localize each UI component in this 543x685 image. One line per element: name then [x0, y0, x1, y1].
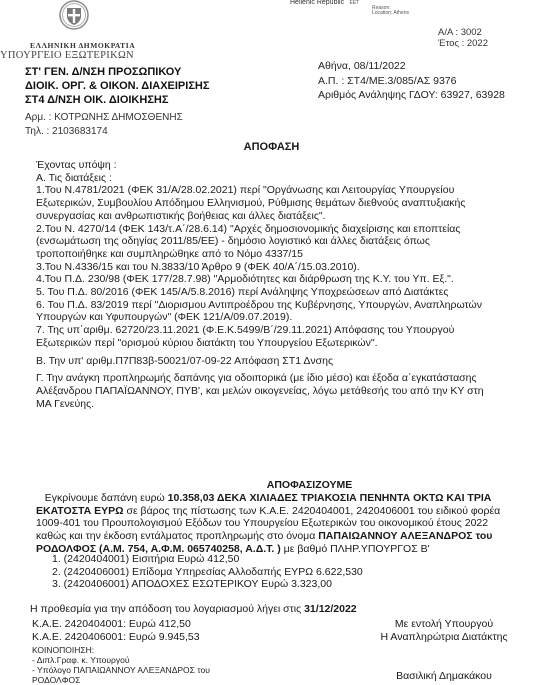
deadline-label: Η προθεσμία για την απόδοση του λογαριασ… [30, 603, 304, 615]
cc-line: - Υπόλογο ΠΑΠΑΙΩΑΝΝΟΥ ΑΛΕΞΑΝΔΡΟΣ του [32, 665, 210, 675]
considering-line: (ενσωμάτωση της οδηγίας 2011/85/ΕΕ) - δη… [36, 235, 543, 248]
expense-item: 3. (2420406001) ΑΠΟΔΟΧΕΣ ΕΣΩΤΕΡΙΚΟΥ Ευρώ… [52, 578, 363, 591]
decision-title: ΑΠΟΦΑΣΙΖΟΥΜΕ [0, 479, 543, 491]
republic-label: ΕΛΛΗΝΙΚΗ ΔΗΜΟΚΡΑΤΙΑ [30, 41, 135, 50]
considering-line: 1.Του Ν.4781/2021 (ΦΕΚ 31/Α/28.02.2021) … [36, 184, 543, 197]
considering-line: 6. Του Π.Δ. 83/2019 περί "Διορισμου Αντι… [36, 299, 543, 312]
considering-line: 7. Της υπ΄αριθμ. 62720/23.11.2021 (Φ.Ε.Κ… [36, 324, 543, 337]
considering-section: Έχοντας υπόψη : Α. Τις διατάξεις : 1.Του… [36, 159, 543, 410]
decision-line-3: 1009-401 του Προυπολογισμού Εξόδων του Υ… [36, 517, 500, 530]
kae-total: Κ.Α.Ε. 2420406001: Ευρώ 9.945,53 [32, 631, 200, 643]
kae-total: Κ.Α.Ε. 2420404001: Ευρώ 412,50 [32, 618, 191, 630]
considering-line: 2.Του Ν. 4270/14 (ΦΕΚ 143/τ.Α΄/28.6.14) … [36, 223, 543, 236]
point-c-line: Γ. Την ανάγκη προπληρωμής δαπάνης για οδ… [36, 372, 543, 385]
deadline-line: Η προθεσμία για την απόδοση του λογαριασ… [30, 603, 357, 615]
considering-line: 3.Του Ν.4336/15 και του Ν.3833/10 Άρθρο … [36, 261, 543, 274]
signature-role: Η Αναπληρώτρια Διατάκτης [374, 631, 514, 643]
deadline-date: 31/12/2022 [304, 603, 357, 615]
considering-line: Α. Τις διατάξεις : [36, 172, 543, 185]
department-line-1: ΣΤ' ΓΕΝ. Δ/ΝΣΗ ΠΡΟΣΩΠΙΚΟΥ [25, 66, 181, 78]
cc-title: ΚΟΙΝΟΠΟΙΗΣΗ: [32, 645, 210, 655]
cc-line: ΡΟΔΟΛΦΟΣ [32, 675, 210, 685]
document-title: ΑΠΟΦΑΣΗ [0, 141, 543, 153]
department-line-2: ΔΙΟΙΚ. ΟΡΓ. & ΟΙΚΟΝ. ΔΙΑΧΕΙΡΙΣΗΣ [25, 80, 209, 92]
considering-line: Εξωτερικών, Συμβουλίου Απόδημου Ελληνισμ… [36, 197, 543, 210]
document-date: Αθήνα, 08/11/2022 [318, 60, 406, 72]
decision-amount: 10.358,03 ΔΕΚΑ ΧΙΛΙΑΔΕΣ ΤΡΙΑΚΟΣΙΑ ΠΕΝΗΝΤ… [168, 492, 492, 504]
considering-line: συνεργασίας και ανθρωπιστικής βοήθειας κ… [36, 210, 543, 223]
decision-body: Εγκρίνουμε δαπάνη ευρώ 10.358,03 ΔΕΚΑ ΧΙ… [36, 492, 500, 556]
considering-line: τροποποιήθηκε και συμπληρώθηκε από το Νό… [36, 248, 543, 261]
considering-line: Υπουργών και Υφυπουργών" (ΦΕΚ 121/Α/09.0… [36, 311, 543, 324]
signatory-name: Βασιλική Δημακάκου [374, 670, 514, 682]
expense-item: 1. (2420404001) Εισιτήρια Ευρώ 412,50 [52, 553, 363, 566]
contact-phone: Τηλ. : 2103683174 [25, 126, 108, 137]
department-line-3: ΣΤ4 Δ/ΝΣΗ ΟΙΚ. ΔΙΟΙΚΗΣΗΣ [25, 94, 168, 106]
serial-number: Α/Α : 3002 [438, 27, 482, 38]
signature-location: Location: Athens [372, 10, 409, 16]
expense-item: 2. (2420406001) Επίδομα Υπηρεσίας Αλλοδα… [52, 566, 363, 579]
considering-line: 4.Του Π.Δ. 230/98 (ΦΕΚ 177/28.7.98) "Αρμ… [36, 273, 543, 286]
payee-name: ΠΑΠΑΙΩΑΝΝΟΥ ΑΛΕΞΑΝΔΡΟΣ του [318, 530, 492, 542]
decision-intro: Εγκρίνουμε δαπάνη ευρώ [45, 492, 168, 504]
point-c-line: Αλέξανδρου ΠΑΠΑΪΩΑΝΝΟΥ, ΠΥΒ', και μελών … [36, 385, 543, 398]
digital-signature-stamp: Hellenic Republic EET Reason: Location: … [290, 0, 409, 16]
point-b: Β. Την υπ' αριθμ.Π7Π83β-50021/07-09-22 Α… [36, 355, 543, 368]
considering-line: Εξωτερικών περί "ορισμού κύριου διατάκτη… [36, 337, 543, 350]
cc-line: - Διπλ.Γραφ. κ. Υπουργού [32, 655, 210, 665]
protocol-number: Α.Π. : ΣΤ4/ΜΕ.3/085/ΑΣ 9376 [318, 75, 456, 87]
ministry-label: ΥΠΟΥΡΓΕΙΟ ΕΞΩΤΕΡΙΚΩΝ [0, 50, 134, 61]
signature-issuer: Hellenic Republic [290, 0, 344, 6]
considering-line: 5. Του Π.Δ. 80/2016 (ΦΕΚ 145/Α/5.8.2016)… [36, 286, 543, 299]
decision-line-2: σε βάρος της πίστωσης των Κ.Α.Ε. 2420404… [124, 505, 501, 517]
document-year: Έτος : 2022 [438, 38, 488, 49]
decision-line-4: καθώς και την έκδοση εντάλματος προπληρω… [36, 530, 318, 542]
contact-person: Αρμ. : ΚΟΤΡΩΝΗΣ ΔΗΜΟΣΘΕΝΗΣ [25, 112, 183, 123]
point-c-line: ΜΑ Γενεύης. [36, 398, 543, 411]
signature-line-2: EET [349, 0, 359, 6]
gdoy-commitment-number: Αριθμός Ανάληψης ΓΔΟΥ: 63927, 63928 [318, 89, 505, 101]
greek-coat-of-arms-icon [59, 0, 89, 30]
decision-amount-cont: ΕΚΑΤΟΣΤΑ ΕΥΡΩ [36, 505, 124, 517]
cc-section: ΚΟΙΝΟΠΟΙΗΣΗ: - Διπλ.Γραφ. κ. Υπουργού - … [32, 645, 210, 685]
signature-authority: Με εντολή Υπουργού [374, 618, 514, 630]
considering-line: Έχοντας υπόψη : [36, 159, 543, 172]
expense-items: 1. (2420404001) Εισιτήρια Ευρώ 412,50 2.… [52, 553, 363, 591]
